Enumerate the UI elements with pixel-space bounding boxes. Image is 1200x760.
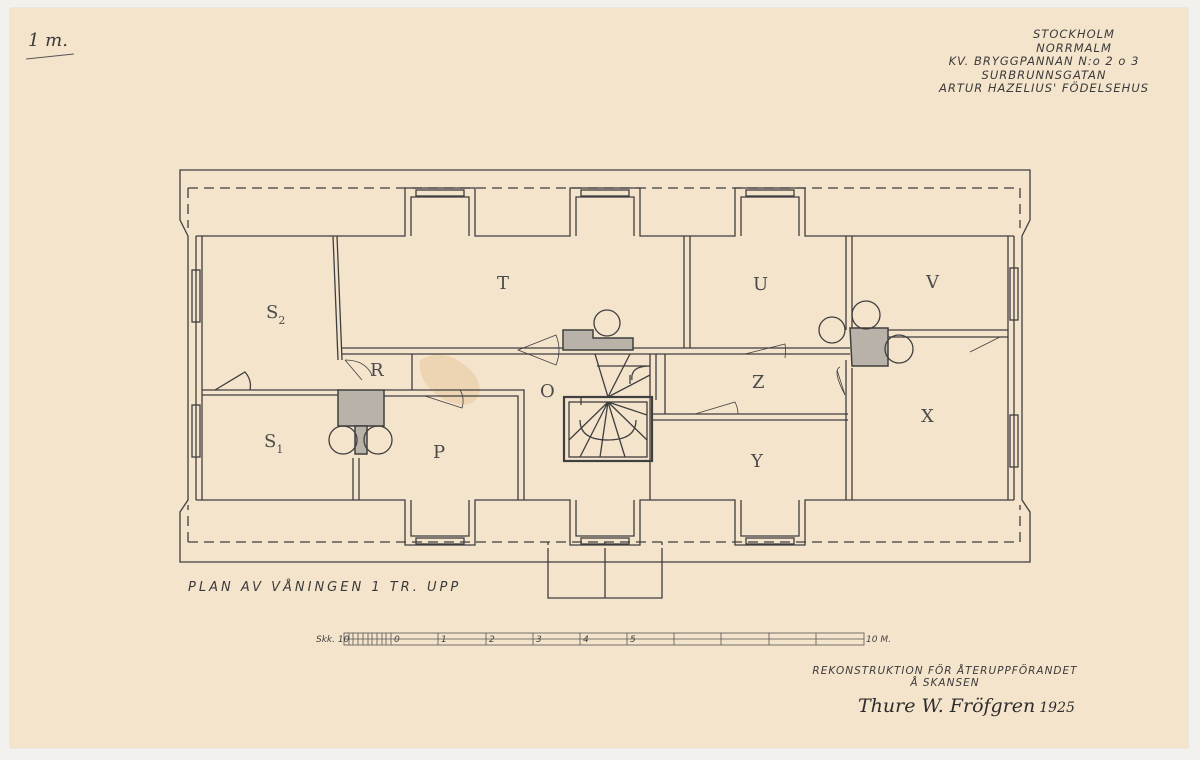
room-label-x: X [921, 406, 934, 427]
room-label-o: O [540, 381, 555, 402]
signature-name: Thure W. Fröfgren [858, 695, 1035, 717]
scale-left-label: Skk. 10 [316, 635, 350, 645]
scale-tick-2: 2 [489, 635, 495, 645]
scale-right-label: 10 M. [866, 635, 891, 645]
room-label-t: T [497, 273, 509, 294]
plan-caption: PLAN AV VÅNINGEN 1 TR. UPP [188, 580, 461, 595]
scale-tick-1: 1 [441, 635, 447, 645]
room-label-s1: S1 [264, 431, 283, 456]
scale-bar [344, 633, 864, 645]
eaves-line-top [188, 188, 1020, 228]
scale-tick-4: 4 [583, 635, 589, 645]
scale-tick-3: 3 [536, 635, 542, 645]
floor-plan: S2 S1 T R O P U V Z Y X Skk. 10 0 1 2 3 … [0, 0, 1200, 760]
room-label-v: V [925, 272, 940, 293]
room-label-u: U [753, 274, 768, 295]
credit-line-1: REKONSTRUKTION FÖR ÅTERUPPFÖRANDET [810, 665, 1080, 677]
room-label-y: Y [750, 451, 764, 472]
staircase [564, 397, 652, 461]
room-label-r: R [370, 360, 384, 381]
reconstruction-credit: REKONSTRUKTION FÖR ÅTERUPPFÖRANDET Å SKA… [810, 665, 1080, 689]
architect-signature: Thure W. Fröfgren1925 [858, 695, 1075, 717]
room-label-z: Z [752, 372, 765, 393]
scale-tick-5: 5 [630, 635, 636, 645]
room-label-s2: S2 [266, 302, 285, 327]
signature-year: 1925 [1039, 700, 1075, 716]
room-label-p: P [433, 442, 445, 463]
credit-line-2: Å SKANSEN [810, 677, 1080, 689]
scale-tick-0: 0 [394, 635, 400, 645]
chimney [338, 328, 888, 454]
